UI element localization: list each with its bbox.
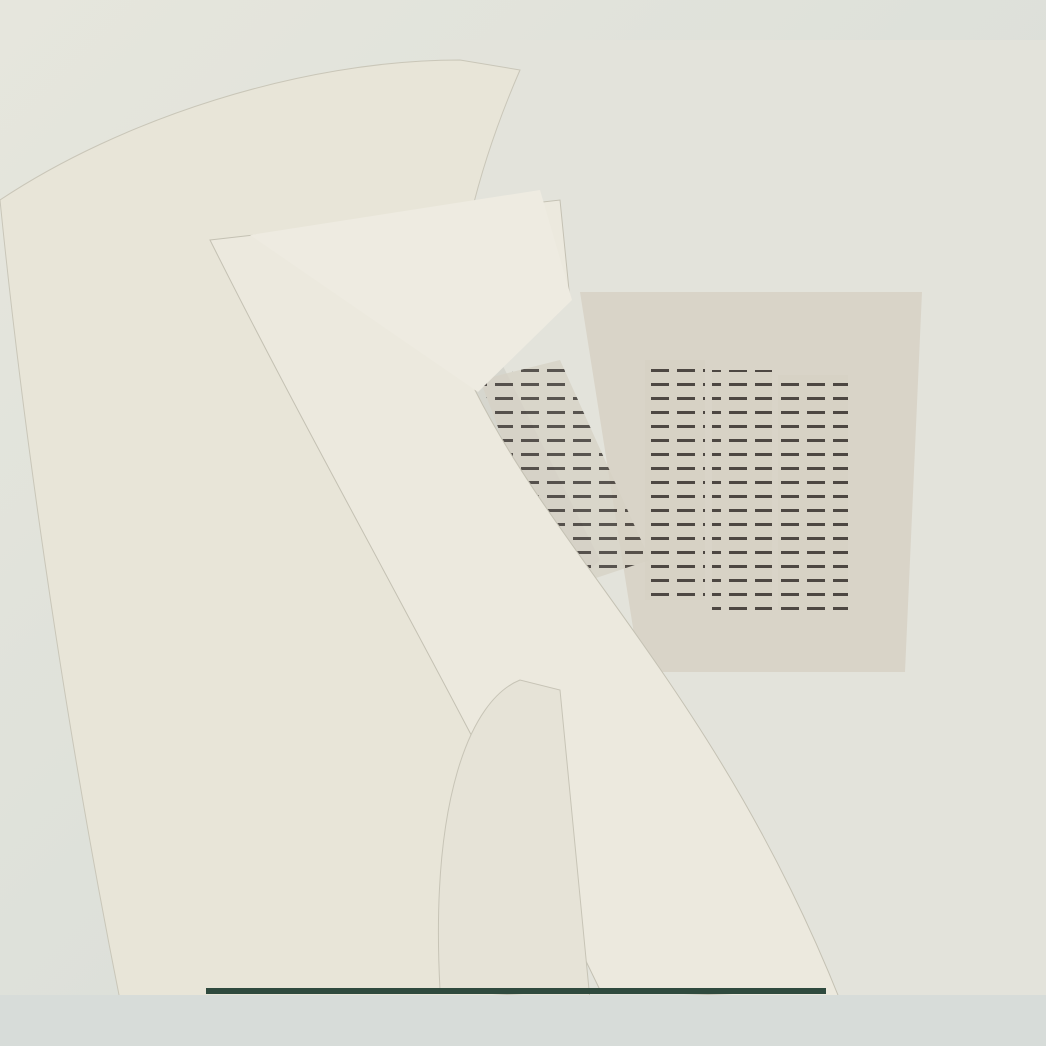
text-column-1: [645, 360, 705, 600]
text-column-2: [712, 370, 772, 610]
glass-base-edge: [206, 988, 826, 994]
photo-scene: [0, 0, 1046, 1046]
book-sculpture-illustration: [0, 0, 1046, 1046]
text-column-3: [778, 375, 848, 610]
pedestal: [0, 995, 1046, 1046]
